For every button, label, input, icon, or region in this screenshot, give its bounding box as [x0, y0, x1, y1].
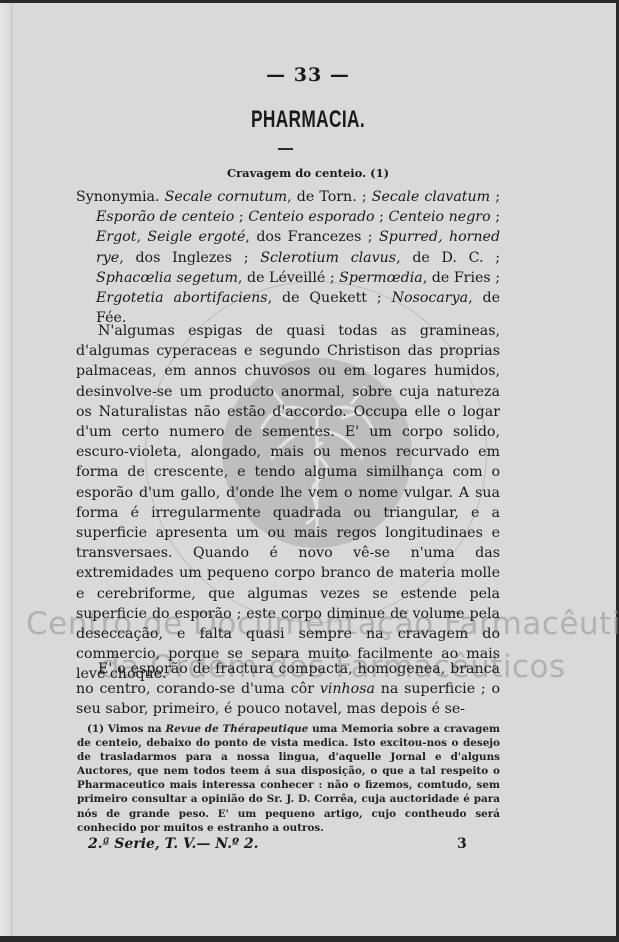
footnote-journal: Revue de Thérapeutique	[166, 723, 309, 735]
synonym-term: Sclerotium clavus	[260, 250, 396, 266]
synonym-source: , de Torn. ;	[287, 189, 372, 205]
synonym-term: Secale clavatum	[372, 189, 490, 205]
synonymy-paragraph: Synonymia. Secale cornutum, de Torn. ; S…	[76, 187, 500, 328]
synonymy-text: Synonymia. Secale cornutum, de Torn. ; S…	[76, 187, 500, 328]
synonym-term: Sphacœlia segetum	[96, 270, 238, 286]
synonym-term: Centeio esporado	[248, 209, 374, 225]
synonym-source: , de Quekett ;	[268, 290, 392, 306]
footnote: (1) Vimos na Revue de Thérapeutique uma …	[77, 722, 500, 835]
synonym-source: , de Léveillé ;	[238, 270, 339, 286]
italic-term: vinhosa	[320, 681, 375, 697]
synonym-source: , dos Inglezes ;	[119, 250, 260, 266]
synonym-term: Secale cornutum	[165, 189, 287, 205]
synonym-source: ;	[375, 209, 389, 225]
title-rule	[278, 148, 293, 150]
synonym-term: Centeio negro	[389, 209, 491, 225]
signature-sheet-number: 3	[457, 836, 467, 852]
body-paragraph-1: N'algumas espigas de quasi todas as gram…	[76, 321, 500, 685]
page-number: — 33 —	[0, 64, 616, 86]
body-paragraph-2: E' o esporão de fractura compacta, homog…	[76, 659, 500, 720]
paragraph-text: N'algumas espigas de quasi todas as gram…	[76, 321, 500, 685]
paragraph-text: E' o esporão de fractura compacta, homog…	[76, 659, 500, 720]
synonym-term: Nosocarya	[392, 290, 468, 306]
signature-series: 2.ª Serie, T. V.— N.º 2.	[88, 836, 258, 852]
synonym-source: ;	[490, 189, 500, 205]
article-title: Cravagem do centeio. (1)	[0, 166, 616, 180]
synonym-source: , de D. C. ;	[396, 250, 500, 266]
synonym-term: Ergot, Seigle ergoté	[96, 229, 245, 245]
synonym-source: ;	[491, 209, 500, 225]
footnote-marker: (1)	[87, 723, 104, 735]
synonym-term: Spermœdia	[339, 270, 423, 286]
synonymy-label: Synonymia.	[76, 189, 160, 205]
synonym-source: , dos Francezes ;	[245, 229, 379, 245]
scanned-page: Centro de Documentação Farmacêutica da O…	[0, 3, 616, 936]
synonym-term: Esporão de centeio	[96, 209, 234, 225]
synonym-source: , de Fries ;	[423, 270, 500, 286]
synonym-term: Ergotetia abortifaciens	[96, 290, 268, 306]
section-title: PHARMACIA.	[86, 106, 530, 134]
page-content: — 33 — PHARMACIA. Cravagem do centeio. (…	[0, 3, 616, 936]
synonym-source: ;	[234, 209, 248, 225]
